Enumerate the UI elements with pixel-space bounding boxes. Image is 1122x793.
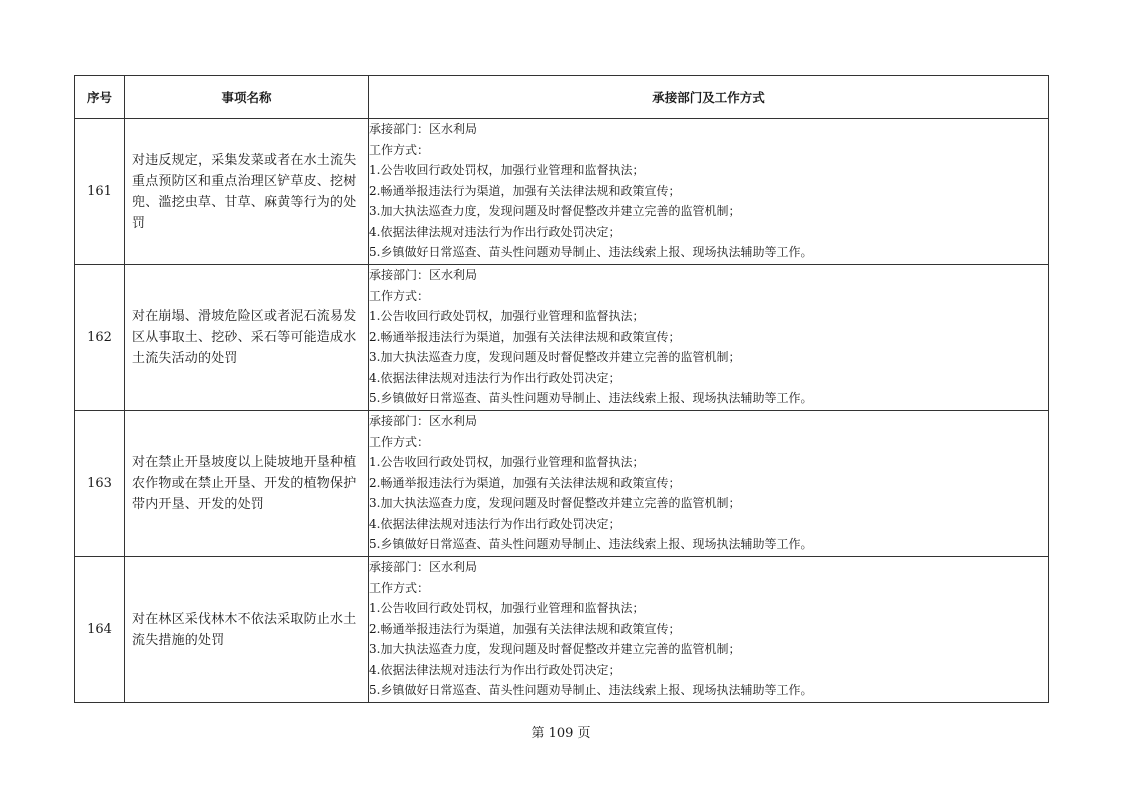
item-name-cell: 对在林区采伐林木不依法采取防止水土流失措施的处罚 bbox=[125, 557, 369, 703]
row-number: 164 bbox=[75, 557, 125, 703]
dept-cell: 承接部门：区水利局 工作方式： 1.公告收回行政处罚权，加强行业管理和监督执法；… bbox=[369, 411, 1049, 557]
dept-line: 承接部门：区水利局 bbox=[369, 265, 1048, 286]
method-item: 5.乡镇做好日常巡查、苗头性问题劝导制止、违法线索上报、现场执法辅助等工作。 bbox=[369, 242, 1048, 263]
method-item: 1.公告收回行政处罚权，加强行业管理和监督执法； bbox=[369, 452, 1048, 473]
method-item: 4.依据法律法规对违法行为作出行政处罚决定； bbox=[369, 368, 1048, 389]
method-item: 3.加大执法巡查力度，发现问题及时督促整改并建立完善的监管机制； bbox=[369, 493, 1048, 514]
method-title: 工作方式： bbox=[369, 140, 1048, 161]
dept-cell: 承接部门：区水利局 工作方式： 1.公告收回行政处罚权，加强行业管理和监督执法；… bbox=[369, 265, 1049, 411]
method-item: 3.加大执法巡查力度，发现问题及时督促整改并建立完善的监管机制； bbox=[369, 201, 1048, 222]
header-no: 序号 bbox=[75, 76, 125, 119]
table-row: 161 对违反规定，采集发菜或者在水土流失重点预防区和重点治理区铲草皮、挖树兜、… bbox=[75, 119, 1049, 265]
method-item: 1.公告收回行政处罚权，加强行业管理和监督执法； bbox=[369, 160, 1048, 181]
method-item: 1.公告收回行政处罚权，加强行业管理和监督执法； bbox=[369, 598, 1048, 619]
table-header-row: 序号 事项名称 承接部门及工作方式 bbox=[75, 76, 1049, 119]
method-title: 工作方式： bbox=[369, 286, 1048, 307]
dept-line: 承接部门：区水利局 bbox=[369, 411, 1048, 432]
table-row: 163 对在禁止开垦坡度以上陡坡地开垦种植农作物或在禁止开垦、开发的植物保护带内… bbox=[75, 411, 1049, 557]
method-item: 3.加大执法巡查力度，发现问题及时督促整改并建立完善的监管机制； bbox=[369, 639, 1048, 660]
method-item: 5.乡镇做好日常巡查、苗头性问题劝导制止、违法线索上报、现场执法辅助等工作。 bbox=[369, 680, 1048, 701]
method-item: 2.畅通举报违法行为渠道，加强有关法律法规和政策宣传； bbox=[369, 619, 1048, 640]
item-name: 对在林区采伐林木不依法采取防止水土流失措施的处罚 bbox=[125, 609, 368, 651]
method-title: 工作方式： bbox=[369, 578, 1048, 599]
method-item: 5.乡镇做好日常巡查、苗头性问题劝导制止、违法线索上报、现场执法辅助等工作。 bbox=[369, 534, 1048, 555]
item-name-cell: 对违反规定，采集发菜或者在水土流失重点预防区和重点治理区铲草皮、挖树兜、滥挖虫草… bbox=[125, 119, 369, 265]
method-title: 工作方式： bbox=[369, 432, 1048, 453]
method-item: 3.加大执法巡查力度，发现问题及时督促整改并建立完善的监管机制； bbox=[369, 347, 1048, 368]
items-table: 序号 事项名称 承接部门及工作方式 161 对违反规定，采集发菜或者在水土流失重… bbox=[74, 75, 1049, 703]
item-name: 对违反规定，采集发菜或者在水土流失重点预防区和重点治理区铲草皮、挖树兜、滥挖虫草… bbox=[125, 150, 368, 234]
dept-cell: 承接部门：区水利局 工作方式： 1.公告收回行政处罚权，加强行业管理和监督执法；… bbox=[369, 119, 1049, 265]
method-item: 2.畅通举报违法行为渠道，加强有关法律法规和政策宣传； bbox=[369, 473, 1048, 494]
method-item: 4.依据法律法规对违法行为作出行政处罚决定； bbox=[369, 514, 1048, 535]
item-name: 对在禁止开垦坡度以上陡坡地开垦种植农作物或在禁止开垦、开发的植物保护带内开垦、开… bbox=[125, 452, 368, 515]
page-number: 第 109 页 bbox=[0, 722, 1122, 741]
dept-line: 承接部门：区水利局 bbox=[369, 119, 1048, 140]
row-number: 163 bbox=[75, 411, 125, 557]
header-dept: 承接部门及工作方式 bbox=[369, 76, 1049, 119]
dept-cell: 承接部门：区水利局 工作方式： 1.公告收回行政处罚权，加强行业管理和监督执法；… bbox=[369, 557, 1049, 703]
method-item: 4.依据法律法规对违法行为作出行政处罚决定； bbox=[369, 222, 1048, 243]
dept-line: 承接部门：区水利局 bbox=[369, 557, 1048, 578]
item-name-cell: 对在崩塌、滑坡危险区或者泥石流易发区从事取土、挖砂、采石等可能造成水土流失活动的… bbox=[125, 265, 369, 411]
method-item: 5.乡镇做好日常巡查、苗头性问题劝导制止、违法线索上报、现场执法辅助等工作。 bbox=[369, 388, 1048, 409]
table-row: 162 对在崩塌、滑坡危险区或者泥石流易发区从事取土、挖砂、采石等可能造成水土流… bbox=[75, 265, 1049, 411]
item-name: 对在崩塌、滑坡危险区或者泥石流易发区从事取土、挖砂、采石等可能造成水土流失活动的… bbox=[125, 306, 368, 369]
method-item: 4.依据法律法规对违法行为作出行政处罚决定； bbox=[369, 660, 1048, 681]
table-row: 164 对在林区采伐林木不依法采取防止水土流失措施的处罚 承接部门：区水利局 工… bbox=[75, 557, 1049, 703]
method-item: 1.公告收回行政处罚权，加强行业管理和监督执法； bbox=[369, 306, 1048, 327]
method-item: 2.畅通举报违法行为渠道，加强有关法律法规和政策宣传； bbox=[369, 181, 1048, 202]
method-item: 2.畅通举报违法行为渠道，加强有关法律法规和政策宣传； bbox=[369, 327, 1048, 348]
item-name-cell: 对在禁止开垦坡度以上陡坡地开垦种植农作物或在禁止开垦、开发的植物保护带内开垦、开… bbox=[125, 411, 369, 557]
row-number: 162 bbox=[75, 265, 125, 411]
row-number: 161 bbox=[75, 119, 125, 265]
header-name: 事项名称 bbox=[125, 76, 369, 119]
